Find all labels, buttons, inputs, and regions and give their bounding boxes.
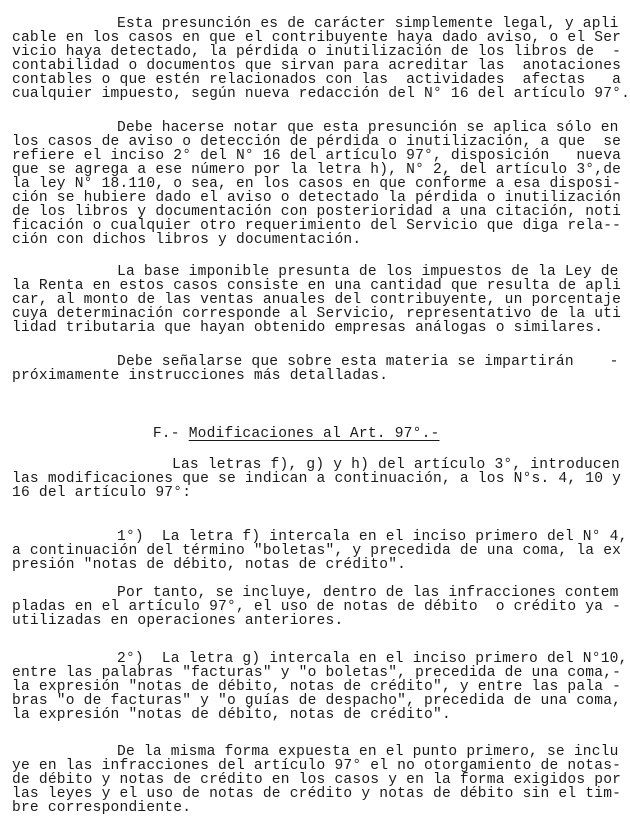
text-line: a continuación del término "boletas", y … (12, 544, 621, 558)
text-line: utilizadas en operaciones anteriores. (12, 614, 343, 628)
text-line: pladas en el artículo 97°, el uso de not… (12, 600, 621, 614)
text-line: Debe hacerse notar que esta presunción s… (117, 121, 619, 135)
text-line: Esta presunción es de carácter simplemen… (117, 17, 619, 31)
text-line: ción con dichos libros y documentación. (12, 233, 361, 247)
text-line: que se agrega a ese número por la letra … (12, 163, 621, 177)
text-line: contables o que estén relacionados con l… (12, 73, 621, 87)
section-heading-title: Modificaciones al Art. 97°.- (189, 426, 440, 442)
text-line: 1°) La letra f) intercala en el inciso p… (117, 530, 628, 544)
text-line: las leyes y el uso de notas de crédito y… (12, 787, 621, 801)
text-line: ficación o cualquier otro requerimiento … (12, 219, 621, 233)
section-heading: F.- Modificaciones al Art. 97°.- (117, 413, 440, 455)
text-line: ye en las infracciones del artículo 97° … (12, 759, 621, 773)
text-line: Por tanto, se incluye, dentro de las inf… (117, 586, 619, 600)
section-heading-prefix: F.- (153, 426, 189, 442)
text-line: los casos de aviso o detección de pérdid… (12, 135, 621, 149)
text-line: cable en los casos en que el contribuyen… (12, 31, 621, 45)
text-line: de débito y notas de crédito en los caso… (12, 773, 621, 787)
text-line: Las letras f), g) y h) del artículo 3°, … (172, 458, 620, 472)
text-line: De la misma forma expuesta en el punto p… (117, 745, 619, 759)
text-line: cualquier impuesto, según nueva redacció… (12, 87, 630, 101)
text-line: 16 del artículo 97°: (12, 486, 191, 500)
text-line: ción se hubiere dado el aviso o detectad… (12, 191, 621, 205)
text-line: próximamente instrucciones más detallada… (12, 369, 388, 383)
text-line: la expresión "notas de débito, notas de … (12, 680, 621, 694)
document-page: Esta presunción es de carácter simplemen… (0, 0, 630, 839)
text-line: entre las palabras "facturas" y "o bolet… (12, 666, 621, 680)
text-line: La base imponible presunta de los impues… (117, 265, 619, 279)
text-line: refiere el inciso 2° del N° 16 del artíc… (12, 149, 621, 163)
text-line: contabilidad o documentos que sirvan par… (12, 59, 621, 73)
text-line: lidad tributaria que hayan obtenido empr… (12, 321, 603, 335)
text-line: bre correspondiente. (12, 801, 191, 815)
text-line: cuya determinación corresponde al Servic… (12, 307, 621, 321)
text-line: bras "o de facturas" y "o guías de despa… (12, 694, 621, 708)
text-line: la expresión "notas de débito, notas de … (12, 708, 451, 722)
text-line: vicio haya detectado, la pérdida o inuti… (12, 45, 621, 59)
text-line: la ley N° 18.110, o sea, en los casos en… (12, 177, 621, 191)
text-line: Debe señalarse que sobre esta materia se… (117, 355, 619, 369)
text-line: la Renta en estos casos consiste en una … (12, 279, 621, 293)
text-line: presión "notas de débito, notas de crédi… (12, 558, 406, 572)
text-line: 2°) La letra g) intercala en el inciso p… (117, 652, 628, 666)
text-line: las modificaciones que se indican a cont… (12, 472, 621, 486)
text-line: de los libros y documentación con poster… (12, 205, 621, 219)
text-line: car, al monto de las ventas anuales del … (12, 293, 621, 307)
